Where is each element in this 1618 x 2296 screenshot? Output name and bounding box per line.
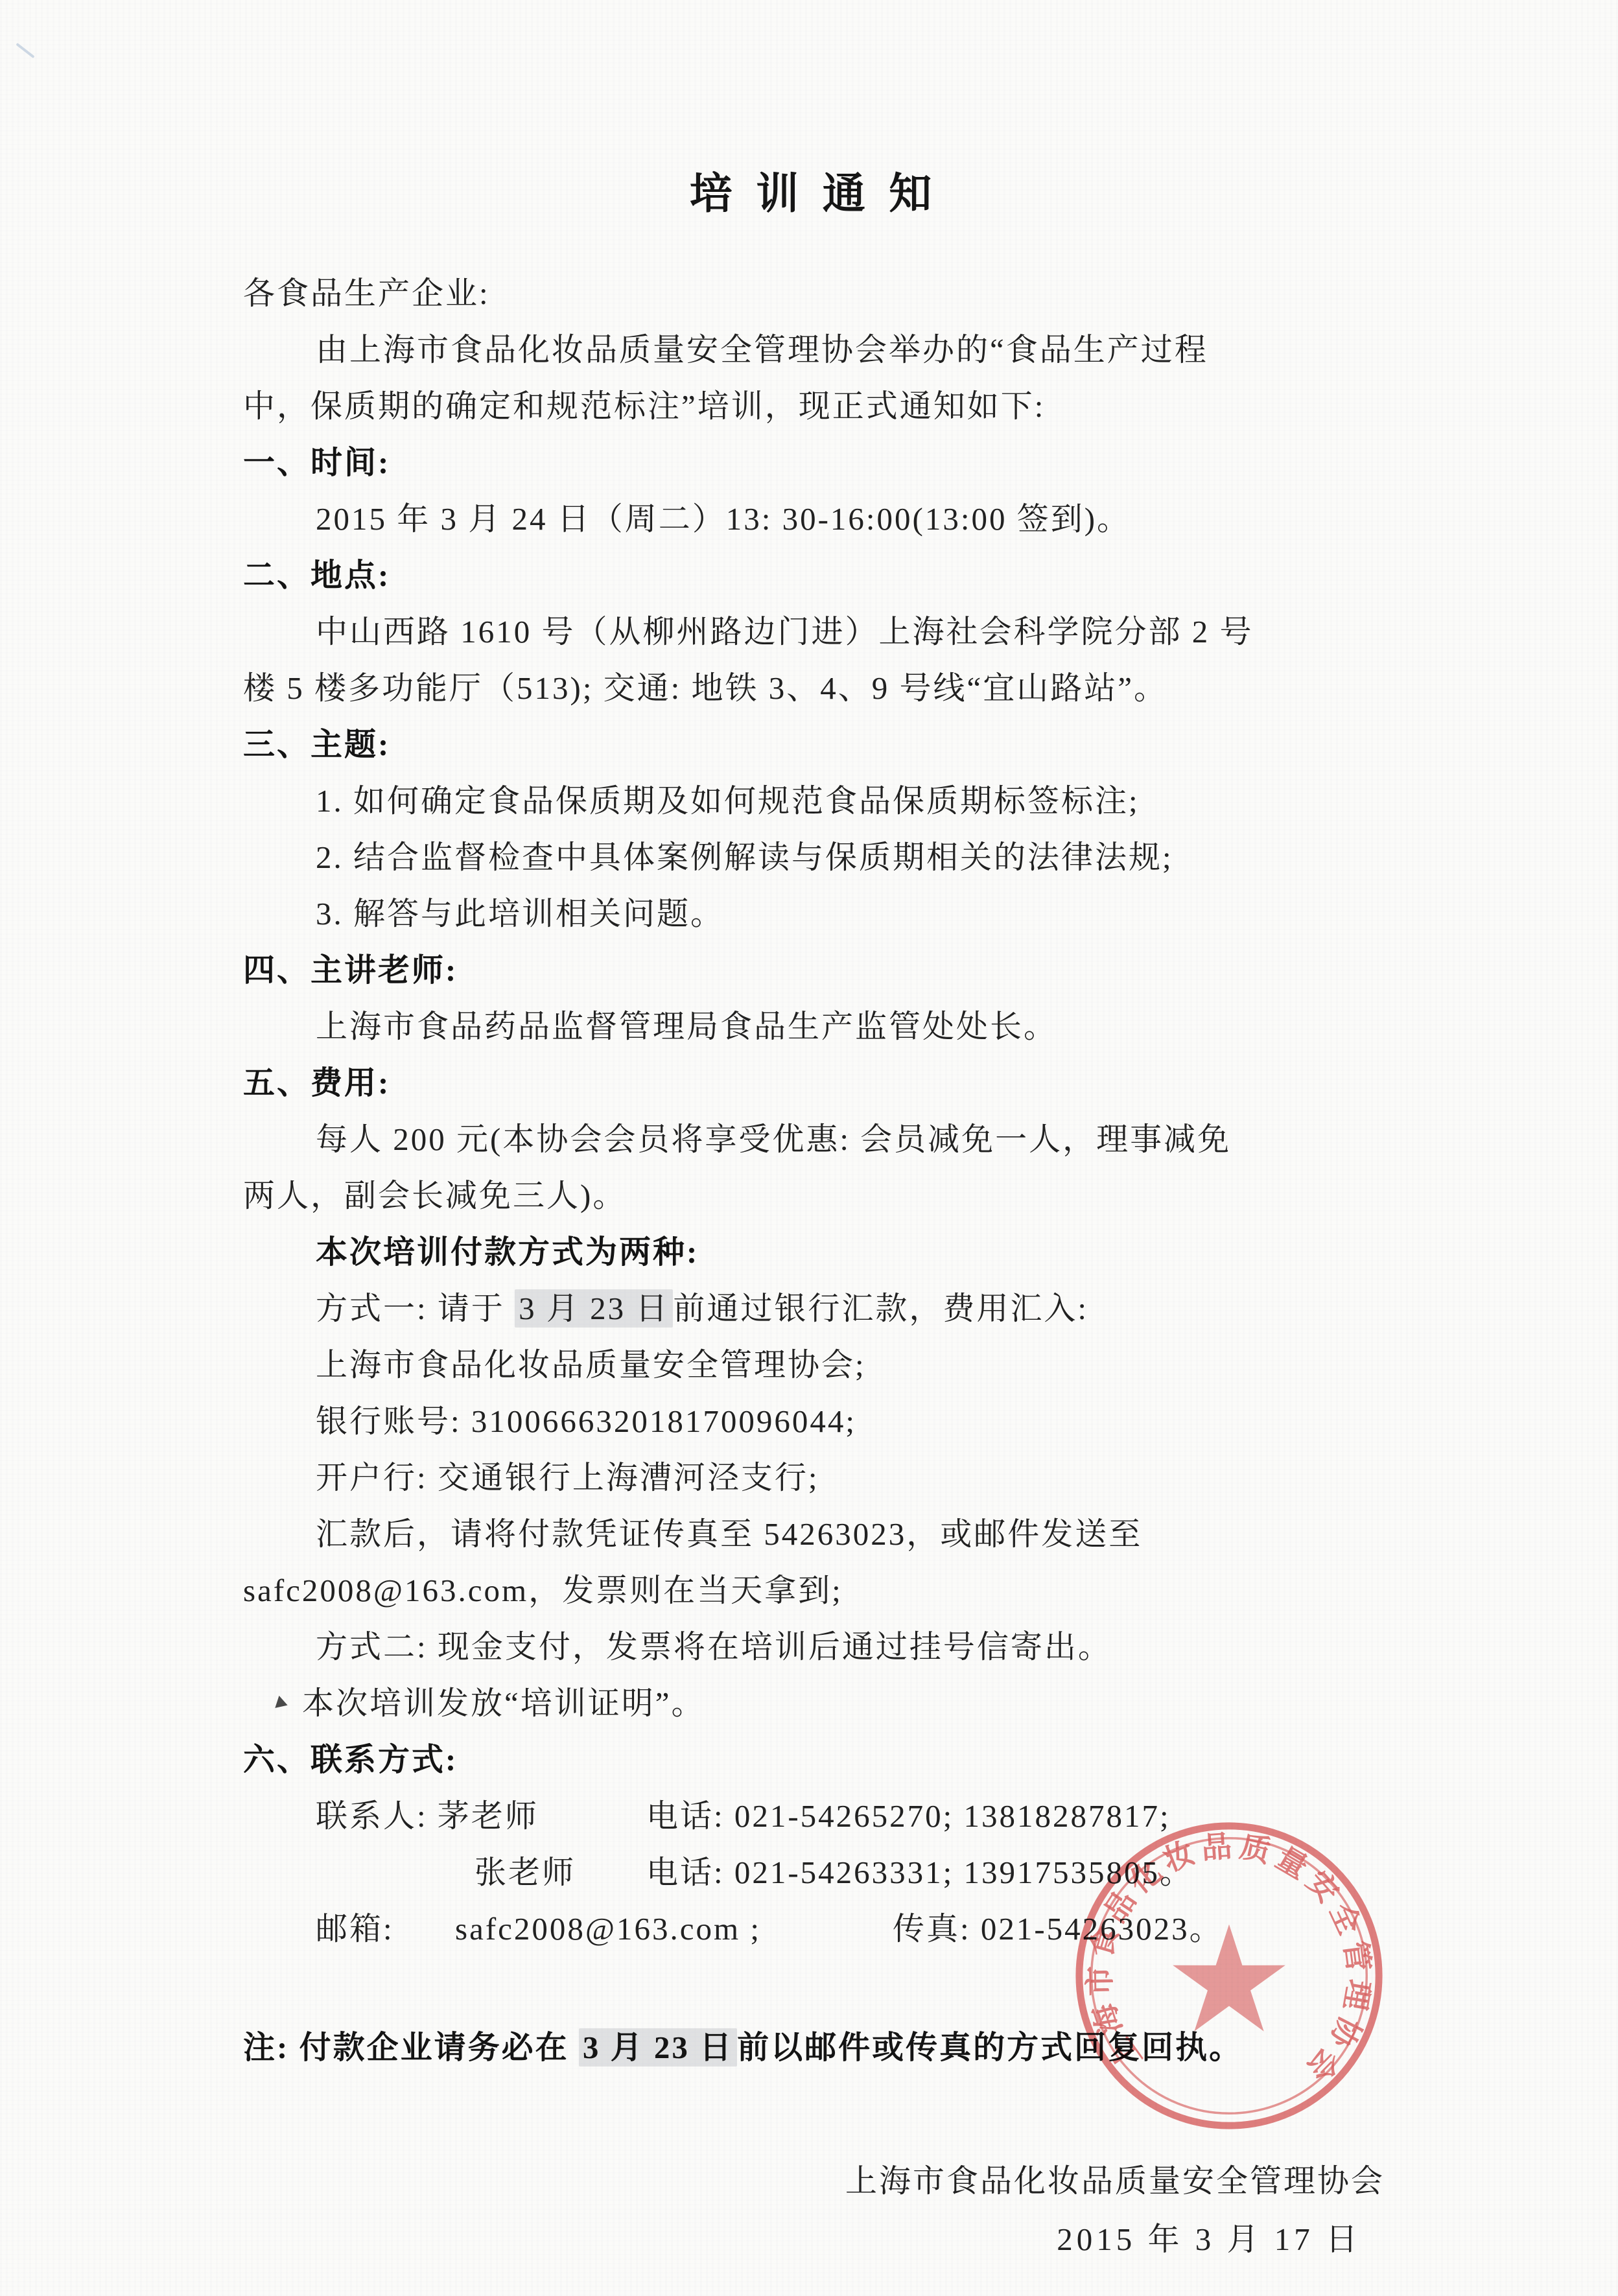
bank-name-line: 开户行: 交通银行上海漕河泾支行; <box>243 1449 1385 1506</box>
fee-line-1: 每人 200 元(本协会会员将享受优惠: 会员减免一人，理事减免 <box>243 1111 1385 1167</box>
page-title: 培 训 通 知 <box>243 163 1385 225</box>
fax-instruction-line1: 汇款后，请将付款凭证传真至 54263023，或邮件发送至 <box>243 1506 1385 1562</box>
note-suffix: 前以邮件或传真的方式回复回执。 <box>737 2030 1243 2065</box>
section-contact-heading: 六、联系方式: <box>243 1731 1385 1788</box>
section-time-body: 2015 年 3 月 24 日（周二）13: 30-16:00(13:00 签到… <box>243 491 1385 547</box>
signature-date: 2015 年 3 月 17 日 <box>243 2210 1385 2269</box>
email-value: safc2008@163.com ; <box>455 1901 893 1957</box>
section-time-heading: 一、时间: <box>243 434 1385 491</box>
payment-method-2: 方式二: 现金支付，发票将在培训后通过挂号信寄出。 <box>243 1619 1385 1675</box>
signature-organization: 上海市食品化妆品质量安全管理协会 <box>243 2152 1385 2210</box>
certificate-line: 本次培训发放“培训证明”。 <box>243 1675 1385 1731</box>
contact-person-1: 联系人: 茅老师电话: 021-54265270; 13818287817; <box>243 1788 1385 1844</box>
salutation: 各食品生产企业: <box>243 265 1385 322</box>
footer-note: 注: 付款企业请务必在 3 月 23 日前以邮件或传真的方式回复回执。 <box>243 2019 1385 2076</box>
fax-value: 传真: 021-54263023。 <box>893 1911 1223 1947</box>
fax-instruction-line2: safc2008@163.com，发票则在当天拿到; <box>243 1562 1385 1619</box>
intro-line-1: 由上海市食品化妆品质量安全管理协会举办的“食品生产过程 <box>243 322 1385 378</box>
section-speaker-body: 上海市食品药品监督管理局食品生产监管处处长。 <box>243 998 1385 1055</box>
fee-line-2: 两人，副会长减免三人)。 <box>243 1167 1385 1224</box>
section-location-heading: 二、地点: <box>243 547 1385 603</box>
method1-prefix: 方式一: 请于 <box>316 1291 515 1326</box>
section-speaker-heading: 四、主讲老师: <box>243 942 1385 998</box>
contact-person2-phone: 电话: 021-54263331; 13917535805。 <box>646 1855 1193 1890</box>
payment-method-1: 方式一: 请于 3 月 23 日前通过银行汇款，费用汇入: <box>243 1280 1385 1337</box>
topic-item-1: 1. 如何确定食品保质期及如何规范食品保质期标签标注; <box>243 773 1385 829</box>
section-location-line2: 楼 5 楼多功能厅（513); 交通: 地铁 3、4、9 号线“宜山路站”。 <box>243 660 1385 716</box>
payment-title: 本次培训付款方式为两种: <box>243 1224 1385 1280</box>
contact-person2-name: 张老师 <box>316 1844 646 1901</box>
email-label: 邮箱: <box>316 1901 455 1957</box>
contact-person-2: 张老师电话: 021-54263331; 13917535805。 <box>243 1844 1385 1901</box>
section-location-line1: 中山西路 1610 号（从柳州路边门进）上海社会科学院分部 2 号 <box>243 603 1385 660</box>
method1-date-highlight: 3 月 23 日 <box>515 1289 673 1328</box>
certificate-text: 本次培训发放“培训证明”。 <box>302 1685 705 1721</box>
triangle-bullet-icon <box>275 1696 289 1711</box>
contact-email-fax: 邮箱:safc2008@163.com ;传真: 021-54263023。 <box>243 1901 1385 1957</box>
contact-person1-phone: 电话: 021-54265270; 13818287817; <box>646 1798 1171 1834</box>
section-topics-heading: 三、主题: <box>243 716 1385 773</box>
topic-item-2: 2. 结合监督检查中具体案例解读与保质期相关的法律法规; <box>243 829 1385 885</box>
contact-person1-name: 联系人: 茅老师 <box>316 1788 646 1844</box>
topic-item-3: 3. 解答与此培训相关问题。 <box>243 885 1385 942</box>
document-page: 培 训 通 知 各食品生产企业: 由上海市食品化妆品质量安全管理协会举办的“食品… <box>0 0 1618 2296</box>
method1-suffix: 前通过银行汇款，费用汇入: <box>673 1291 1088 1326</box>
signature-block: 上海市食品化妆品质量安全管理协会 2015 年 3 月 17 日 <box>243 2152 1385 2269</box>
section-fee-heading: 五、费用: <box>243 1055 1385 1111</box>
note-prefix: 注: 付款企业请务必在 <box>243 2030 579 2065</box>
bank-account-line: 银行账号: 310066632018170096044; <box>243 1393 1385 1449</box>
intro-line-2: 中，保质期的确定和规范标注”培训，现正式通知如下: <box>243 378 1385 434</box>
payee-line: 上海市食品化妆品质量安全管理协会; <box>243 1337 1385 1393</box>
note-date-highlight: 3 月 23 日 <box>579 2028 737 2067</box>
